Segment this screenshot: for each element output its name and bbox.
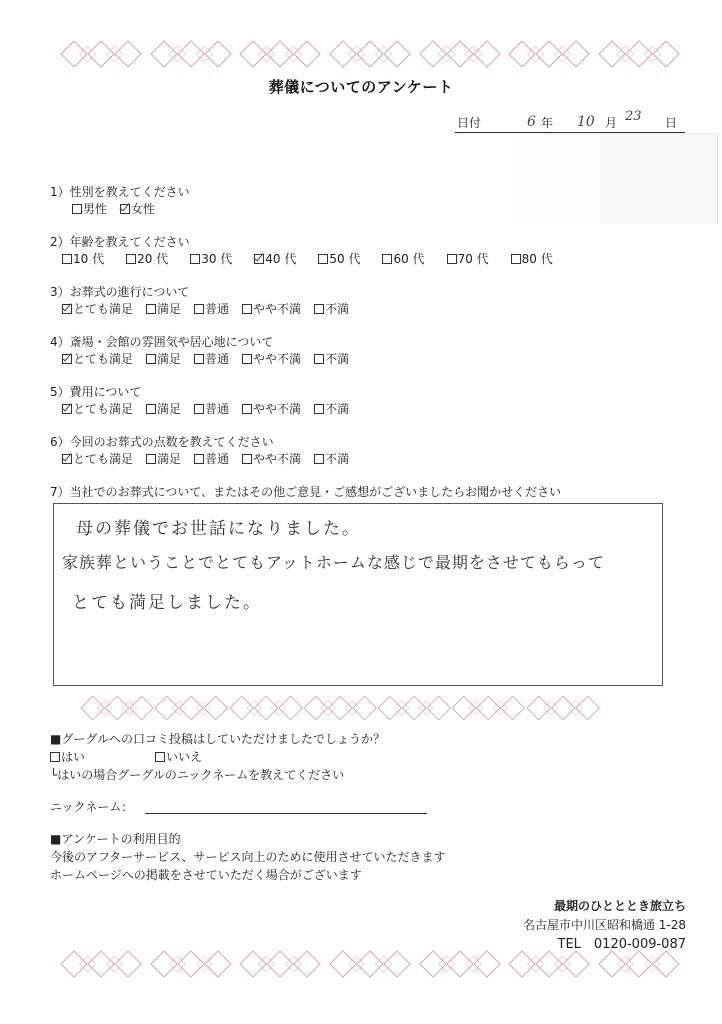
- date-day-unit: 日: [665, 114, 677, 131]
- checkbox[interactable]: [382, 254, 392, 264]
- checkbox[interactable]: [314, 304, 324, 314]
- option-label: とても満足: [73, 450, 133, 467]
- checkbox[interactable]: [146, 354, 156, 364]
- diamond-ornament-icon: [508, 40, 590, 68]
- option-label: やや不満: [253, 350, 301, 367]
- option-q1-2[interactable]: 女性: [120, 200, 155, 217]
- option-label: とても満足: [73, 400, 133, 417]
- checkbox[interactable]: [194, 454, 204, 464]
- checkbox[interactable]: [254, 254, 264, 264]
- diamond-ornament-icon: [239, 950, 321, 978]
- checkbox[interactable]: [146, 404, 156, 414]
- question-1-options: 男性女性: [72, 200, 168, 217]
- diamond-ornament-icon: [60, 950, 142, 978]
- top-diamond-border: [60, 40, 680, 68]
- purpose-line-1: 今後のアフターサービス、サービス向上のために使用させていただきます: [50, 848, 446, 865]
- nickname-label: ニックネーム：: [50, 798, 133, 815]
- nickname-input[interactable]: [145, 812, 427, 814]
- option-q6-5[interactable]: 不満: [314, 450, 349, 467]
- question-4-label: 4）斎場・会館の雰囲気や居心地について: [50, 333, 273, 350]
- option-label: 80 代: [522, 250, 553, 267]
- checkbox[interactable]: [62, 304, 72, 314]
- diamond-ornament-icon: [229, 694, 303, 722]
- google-review-question: ■グーグルへの口コミ投稿はしていただけましたでしょうか？: [50, 730, 385, 747]
- question-4-options: とても満足満足普通やや不満不満: [62, 350, 362, 367]
- page-title: 葬儀についてのアンケート: [0, 76, 722, 97]
- date-year-unit: 年: [541, 114, 553, 131]
- option-label: 不満: [325, 350, 349, 367]
- option-q2-1[interactable]: 10 代: [62, 250, 104, 267]
- option-q4-3[interactable]: 普通: [194, 350, 229, 367]
- diamond-ornament-icon: [329, 40, 411, 68]
- checkbox[interactable]: [190, 254, 200, 264]
- comment-line-3: とても満足しました。: [72, 588, 262, 613]
- option-q4-5[interactable]: 不満: [314, 350, 349, 367]
- option-q1-1[interactable]: 男性: [72, 200, 107, 217]
- checkbox[interactable]: [447, 254, 457, 264]
- checkbox[interactable]: [242, 354, 252, 364]
- option-label: 満足: [157, 350, 181, 367]
- diamond-ornament-icon: [419, 950, 501, 978]
- option-q6-2[interactable]: 満足: [146, 450, 181, 467]
- option-label: 50 代: [329, 250, 360, 267]
- checkbox[interactable]: [242, 304, 252, 314]
- checkbox[interactable]: [62, 404, 72, 414]
- google-review-no[interactable]: いいえ: [155, 748, 202, 765]
- purpose-heading: ■アンケートの利用目的: [50, 830, 181, 847]
- question-6-options: とても満足満足普通やや不満不満: [62, 450, 362, 467]
- checkbox[interactable]: [318, 254, 328, 264]
- date-day[interactable]: 23: [625, 109, 642, 124]
- option-label: やや不満: [253, 300, 301, 317]
- middle-diamond-border: [80, 694, 600, 722]
- checkbox[interactable]: [314, 404, 324, 414]
- option-label: 女性: [131, 200, 155, 217]
- comment-line-2: 家族葬ということでとてもアットホームな感じで最期をさせてもらって: [62, 550, 605, 573]
- option-label: 満足: [157, 300, 181, 317]
- date-label: 日付: [457, 114, 481, 131]
- option-label: 30 代: [201, 250, 232, 267]
- diamond-ornament-icon: [303, 694, 377, 722]
- checkbox[interactable]: [62, 454, 72, 464]
- option-label: 普通: [205, 450, 229, 467]
- diamond-ornament-icon: [377, 694, 451, 722]
- option-q2-2[interactable]: 20 代: [126, 250, 168, 267]
- checkbox[interactable]: [314, 454, 324, 464]
- option-q4-1[interactable]: とても満足: [62, 350, 133, 367]
- question-7-label: 7）当社でのお葬式について、またはその他ご意見・ご感想がございましたらお聞かせく…: [50, 483, 561, 500]
- option-q2-8[interactable]: 80 代: [511, 250, 553, 267]
- option-label: やや不満: [253, 450, 301, 467]
- diamond-ornament-icon: [80, 694, 154, 722]
- question-3-label: 3）お葬式の進行について: [50, 283, 189, 300]
- google-review-yes[interactable]: はい: [50, 748, 85, 765]
- date-field: 日付 6 年 10 月 23 日: [455, 112, 685, 133]
- option-label: 60 代: [393, 250, 424, 267]
- option-label: 40 代: [265, 250, 296, 267]
- checkbox-yes[interactable]: [50, 752, 60, 762]
- option-label: 満足: [157, 450, 181, 467]
- question-6-label: 6）今回のお葬式の点数を教えてください: [50, 433, 274, 450]
- option-q2-3[interactable]: 30 代: [190, 250, 232, 267]
- option-q3-5[interactable]: 不満: [314, 300, 349, 317]
- checkbox-no[interactable]: [155, 752, 165, 762]
- option-label: やや不満: [253, 400, 301, 417]
- option-q2-7[interactable]: 70 代: [447, 250, 489, 267]
- checkbox[interactable]: [194, 404, 204, 414]
- option-q6-4[interactable]: やや不満: [242, 450, 301, 467]
- diamond-ornament-icon: [60, 40, 142, 68]
- option-q5-2[interactable]: 満足: [146, 400, 181, 417]
- question-2-label: 2）年齢を教えてください: [50, 233, 190, 250]
- checkbox[interactable]: [194, 304, 204, 314]
- option-label: 普通: [205, 350, 229, 367]
- checkbox[interactable]: [146, 454, 156, 464]
- diamond-ornament-icon: [150, 950, 232, 978]
- checkbox[interactable]: [314, 354, 324, 364]
- date-month[interactable]: 10: [577, 114, 595, 130]
- option-label: 不満: [325, 450, 349, 467]
- option-label: 男性: [83, 200, 107, 217]
- diamond-ornament-icon: [154, 694, 228, 722]
- comment-textarea[interactable]: 母の葬儀でお世話になりました。 家族葬ということでとてもアットホームな感じで最期…: [53, 503, 663, 686]
- option-q6-1[interactable]: とても満足: [62, 450, 133, 467]
- paper-fold-shadow: [455, 133, 718, 224]
- option-q5-4[interactable]: やや不満: [242, 400, 301, 417]
- diamond-ornament-icon: [451, 694, 525, 722]
- google-nickname-note: └はいの場合グーグルのニックネームを教えてください: [50, 766, 344, 783]
- google-review-options: はい いいえ: [50, 748, 215, 765]
- option-label: 普通: [205, 400, 229, 417]
- checkbox[interactable]: [72, 204, 82, 214]
- option-label: 不満: [325, 400, 349, 417]
- date-month-unit: 月: [605, 114, 617, 131]
- company-address: 名古屋市中川区昭和橋通 1-28: [523, 916, 686, 933]
- company-name: 最期のひとととき旅立ち: [554, 897, 686, 914]
- option-label: 20 代: [137, 250, 168, 267]
- diamond-ornament-icon: [150, 40, 232, 68]
- option-q3-3[interactable]: 普通: [194, 300, 229, 317]
- date-year[interactable]: 6: [527, 114, 536, 130]
- checkbox[interactable]: [62, 254, 72, 264]
- diamond-ornament-icon: [526, 694, 600, 722]
- checkbox[interactable]: [511, 254, 521, 264]
- option-q5-3[interactable]: 普通: [194, 400, 229, 417]
- diamond-ornament-icon: [508, 950, 590, 978]
- checkbox[interactable]: [62, 354, 72, 364]
- diamond-ornament-icon: [329, 950, 411, 978]
- option-q2-4[interactable]: 40 代: [254, 250, 296, 267]
- bottom-diamond-border: [60, 950, 680, 978]
- checkbox[interactable]: [242, 404, 252, 414]
- option-q2-6[interactable]: 60 代: [382, 250, 424, 267]
- diamond-ornament-icon: [419, 40, 501, 68]
- checkbox[interactable]: [146, 304, 156, 314]
- diamond-ornament-icon: [239, 40, 321, 68]
- option-label: とても満足: [73, 350, 133, 367]
- option-q4-2[interactable]: 満足: [146, 350, 181, 367]
- option-q5-5[interactable]: 不満: [314, 400, 349, 417]
- question-3-options: とても満足満足普通やや不満不満: [62, 300, 362, 317]
- option-q6-3[interactable]: 普通: [194, 450, 229, 467]
- option-q3-1[interactable]: とても満足: [62, 300, 133, 317]
- diamond-ornament-icon: [598, 950, 680, 978]
- question-2-options: 10 代20 代30 代40 代50 代60 代70 代80 代: [62, 250, 575, 267]
- option-q3-2[interactable]: 満足: [146, 300, 181, 317]
- checkbox[interactable]: [194, 354, 204, 364]
- option-label: 10 代: [73, 250, 104, 267]
- option-q3-4[interactable]: やや不満: [242, 300, 301, 317]
- diamond-ornament-icon: [598, 40, 680, 68]
- checkbox[interactable]: [126, 254, 136, 264]
- purpose-line-2: ホームページへの掲載をさせていただく場合がございます: [50, 866, 362, 883]
- option-label: とても満足: [73, 300, 133, 317]
- option-q4-4[interactable]: やや不満: [242, 350, 301, 367]
- option-label: 普通: [205, 300, 229, 317]
- checkbox[interactable]: [242, 454, 252, 464]
- checkbox[interactable]: [120, 204, 130, 214]
- comment-line-1: 母の葬儀でお世話になりました。: [76, 514, 361, 539]
- option-q5-1[interactable]: とても満足: [62, 400, 133, 417]
- question-5-label: 5）費用について: [50, 383, 141, 400]
- option-label: 不満: [325, 300, 349, 317]
- option-q2-5[interactable]: 50 代: [318, 250, 360, 267]
- question-5-options: とても満足満足普通やや不満不満: [62, 400, 362, 417]
- question-1-label: 1）性別を教えてください: [50, 183, 190, 200]
- option-label: 70 代: [458, 250, 489, 267]
- option-label: 満足: [157, 400, 181, 417]
